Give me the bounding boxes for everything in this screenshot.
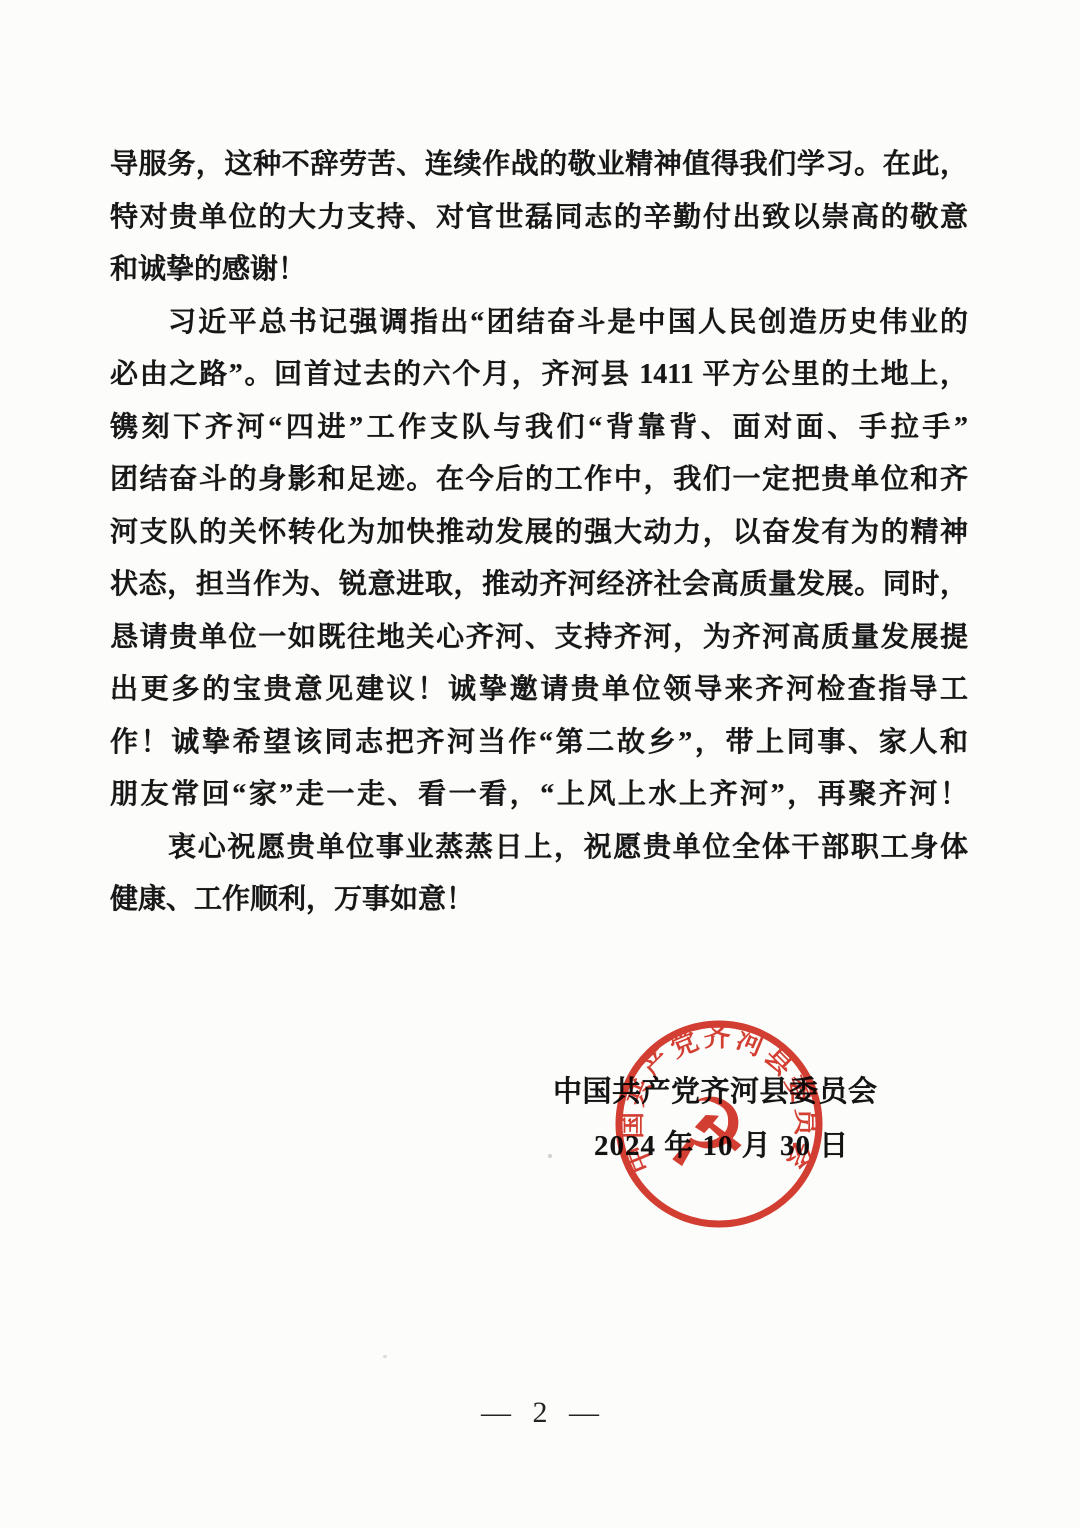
letter-line: 作！诚挚希望该同志把齐河当作“第二故乡”，带上同事、家人和 (110, 717, 968, 770)
letter-line: 出更多的宝贵意见建议！诚挚邀请贵单位领导来齐河检查指导工 (110, 664, 968, 717)
letter-line: 河支队的关怀转化为加快推动发展的强大动力，以奋发有为的精神 (110, 507, 968, 560)
official-seal: 中国共产党齐河县委员会 ☭ (612, 1017, 826, 1231)
scan-speck (383, 1355, 387, 1358)
letter-line: 导服务，这种不辞劳苦、连续作战的敬业精神值得我们学习。在此， (110, 139, 968, 192)
letter-line: 朋友常回“家”走一走、看一看，“上风上水上齐河”，再聚齐河！ (110, 769, 968, 822)
hammer-sickle-icon: ☭ (664, 1079, 749, 1189)
letter-line: 特对贵单位的大力支持、对官世磊同志的辛勤付出致以崇高的敬意 (110, 192, 968, 245)
scan-speck (548, 1154, 552, 1158)
page-number: — 2 — (0, 1396, 1080, 1430)
letter-line: 状态，担当作为、锐意进取，推动齐河经济社会高质量发展。同时， (110, 559, 968, 612)
letter-line: 团结奋斗的身影和足迹。在今后的工作中，我们一定把贵单位和齐 (110, 454, 968, 507)
letter-line: 恳请贵单位一如既往地关心齐河、支持齐河，为齐河高质量发展提 (110, 612, 968, 665)
letter-line: 习近平总书记强调指出“团结奋斗是中国人民创造历史伟业的 (110, 297, 968, 350)
letter-line: 必由之路”。回首过去的六个月，齐河县 1411 平方公里的土地上， (110, 349, 968, 402)
letter-line: 健康、工作顺利，万事如意！ (110, 874, 968, 927)
scanned-letter-page: 导服务，这种不辞劳苦、连续作战的敬业精神值得我们学习。在此， 特对贵单位的大力支… (0, 0, 1080, 1528)
letter-body: 导服务，这种不辞劳苦、连续作战的敬业精神值得我们学习。在此， 特对贵单位的大力支… (110, 139, 968, 927)
letter-line: 和诚挚的感谢！ (110, 244, 968, 297)
letter-line: 衷心祝愿贵单位事业蒸蒸日上，祝愿贵单位全体干部职工身体 (110, 822, 968, 875)
scan-speck (184, 835, 189, 839)
letter-line: 镌刻下齐河“四进”工作支队与我们“背靠背、面对面、手拉手” (110, 402, 968, 455)
